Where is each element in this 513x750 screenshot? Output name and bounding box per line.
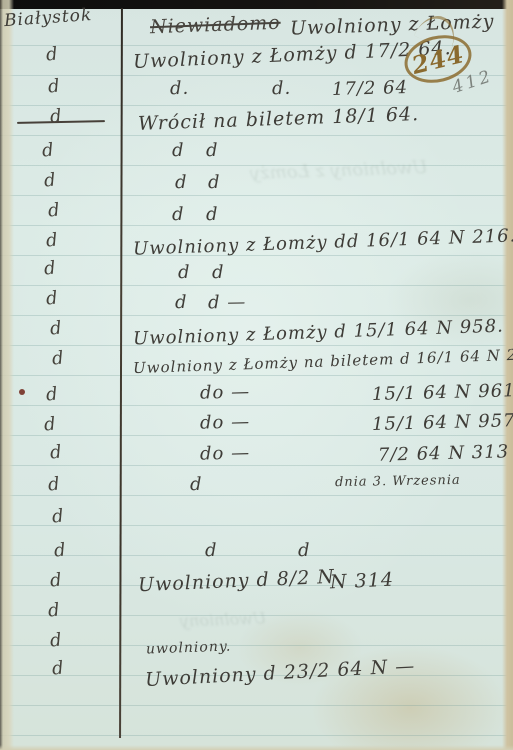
entry-text: Uwolniony d 8/2 N (138, 566, 336, 597)
ditto-mark: d (45, 43, 60, 65)
ruled-line (0, 705, 513, 706)
ruled-line (0, 315, 513, 316)
entry-text: d. (272, 78, 292, 99)
entry-text: 15/1 64 N 957. (372, 410, 513, 435)
ditto-mark: d (51, 657, 66, 679)
entry-text: Wrócił na biletem 18/1 64. (138, 103, 420, 135)
ruled-line (0, 225, 513, 226)
ditto-mark: d (49, 629, 64, 651)
ruled-line (0, 735, 513, 736)
column-divider-rule (119, 8, 123, 738)
entry-text: d. (170, 78, 190, 99)
ditto-mark: d (47, 599, 62, 621)
ditto-mark: d (47, 199, 62, 221)
ditto-mark: d (51, 347, 66, 369)
manuscript-page: Białystok ddddddddddddddddddddd Niewiado… (0, 0, 513, 750)
ditto-mark: d (45, 383, 60, 405)
ditto-mark: d (49, 569, 64, 591)
entry-text: do — (200, 381, 251, 403)
ditto-mark: d (41, 139, 56, 161)
red-ink-dot (19, 389, 25, 395)
ruled-line (0, 495, 513, 496)
entry-text: d (205, 540, 218, 561)
entry-text: d (190, 474, 203, 495)
ditto-mark: d (49, 441, 64, 463)
ruled-line (0, 195, 513, 196)
entry-text: do — (200, 442, 251, 464)
ruled-line (0, 465, 513, 466)
entry-text: Uwolniony z Łomży (290, 10, 495, 39)
entry-text: d (175, 172, 188, 193)
page-bottom-edge (0, 745, 513, 750)
entry-text: d (298, 540, 311, 561)
ruled-line (0, 285, 513, 286)
ditto-mark: d (47, 473, 62, 495)
entry-text: d (172, 140, 185, 161)
entry-text: d (208, 172, 221, 193)
ditto-mark: d (49, 317, 64, 339)
entry-text: 17/2 64 (332, 77, 409, 100)
entry-text: d (172, 204, 185, 225)
ruled-line (0, 105, 513, 106)
entry-text: d (175, 292, 188, 313)
ruled-line (0, 555, 513, 556)
ruled-line (0, 405, 513, 406)
entry-text: uwolniony. (146, 639, 232, 658)
entry-text: 15/1 64 N 961. (372, 380, 513, 405)
entry-text: dnia 3. Wrzesnia (335, 473, 461, 490)
entry-text: d — (208, 292, 247, 314)
ditto-mark: d (43, 169, 58, 191)
ditto-mark: d (43, 413, 58, 435)
ditto-mark: d (43, 257, 58, 279)
verso-showthrough-smudge: Uwolniony (180, 608, 267, 630)
entry-text: Uwolniony z Łomży na biletem d 16/1 64 N… (133, 345, 513, 377)
archival-number-text: 244 (409, 39, 468, 80)
verso-showthrough-smudge: Uwolniony z Łomży (250, 157, 428, 184)
ruled-line (0, 435, 513, 436)
ruled-line (0, 525, 513, 526)
ditto-mark: d (49, 105, 64, 127)
entry-text: d (212, 262, 225, 283)
page-right-edge (502, 0, 513, 750)
ditto-mark: d (45, 287, 60, 309)
entry-text: d (206, 204, 219, 225)
ruled-line (0, 375, 513, 376)
page-left-edge (0, 0, 14, 750)
ditto-mark: d (45, 229, 60, 251)
ruled-line (0, 135, 513, 136)
entry-text: 7/2 64 N 313 (378, 441, 510, 465)
entry-text-struck: Niewiadomo (150, 12, 281, 39)
ditto-mark: d (47, 75, 62, 97)
entry-text: N 314 (330, 569, 395, 594)
entry-text: d (178, 262, 191, 283)
ditto-mark: d (51, 505, 66, 527)
ruled-line (0, 645, 513, 646)
entry-text: Uwolniony d 23/2 64 N — (145, 655, 416, 691)
ditto-mark: d (53, 539, 68, 561)
entry-text: do — (200, 411, 251, 433)
entry-text: d (206, 140, 219, 161)
